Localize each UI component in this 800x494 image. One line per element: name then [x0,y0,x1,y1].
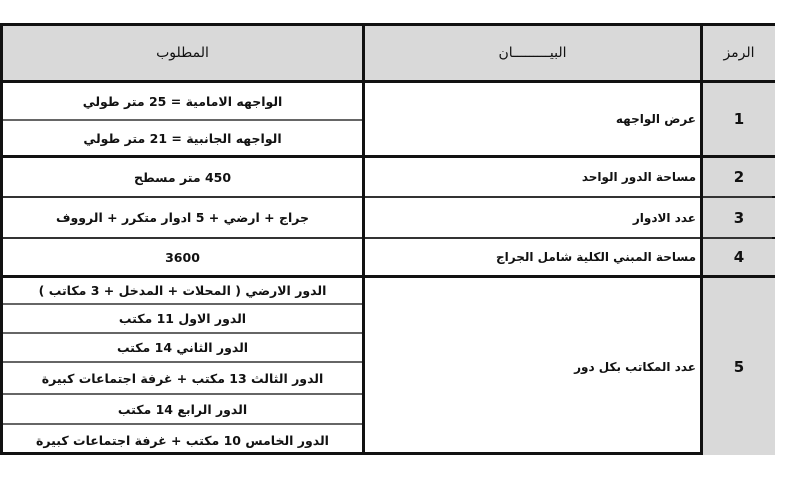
column-border [362,26,365,452]
row-border [3,155,772,158]
row3-code: 3 [703,198,775,237]
column-border [700,26,703,452]
row-border [3,80,772,83]
row2-code: 2 [703,158,775,196]
row1-statement: عرض الواجهه [365,83,700,155]
row5-statement: عدد المكاتب بكل دور [365,278,700,455]
row5-first-floor: الدور الاول 11 مكتب [3,305,362,332]
row5-code: 5 [703,278,775,455]
row5-ground-floor: الدور الارضي ( المحلات + المدخل + 3 مكات… [3,278,362,303]
row5-third-floor: الدور الثالث 13 مكتب + غرفة اجتماعات كبي… [3,363,362,393]
row1-code: 1 [703,83,775,155]
header-required: المطلوب [3,26,362,80]
row2-required: 450 متر مسطح [3,158,362,196]
row1-required-side-facade: الواجهه الجانبية = 21 متر طولي [3,121,362,155]
row5-fifth-floor: الدور الخامس 10 مكتب + غرفة اجتماعات كبي… [3,425,362,455]
row5-second-floor: الدور الثاني 14 مكتب [3,334,362,361]
row3-required: جراج + ارضي + 5 ادوار متكرر + الرووف [3,198,362,237]
specifications-table: المطلوب البيـــــــــان الرمز الواجهه ال… [0,23,775,455]
row4-required: 3600 [3,239,362,275]
row-border [3,237,772,239]
row3-statement: عدد الادوار [365,198,700,237]
header-statement: البيـــــــــان [365,26,700,80]
row2-statement: مساحة الدور الواحد [365,158,700,196]
row4-statement: مساحة المبني الكلية شامل الجراج [365,239,700,275]
row1-required-front-facade: الواجهه الامامية = 25 متر طولي [3,83,362,119]
row4-code: 4 [703,239,775,275]
row5-fourth-floor: الدور الرابع 14 مكتب [3,395,362,423]
row-border [3,275,772,278]
header-code: الرمز [703,26,775,80]
row-border [3,196,772,198]
